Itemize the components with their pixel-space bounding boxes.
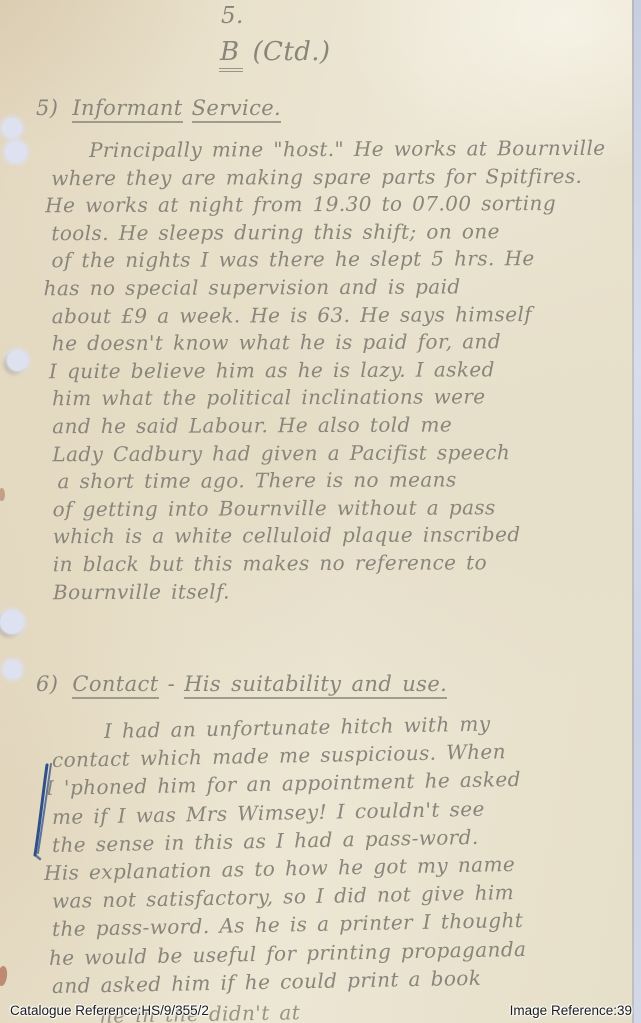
heading-separator: - bbox=[168, 672, 176, 696]
heading-rest: His suitability and use. bbox=[184, 672, 447, 699]
heading-word: Informant bbox=[72, 96, 182, 123]
edge-stain bbox=[0, 965, 8, 986]
handwritten-paragraph: Principally mine "host." He works at Bou… bbox=[35, 135, 625, 607]
handwriting-line: where they are making spare parts for Sp… bbox=[51, 162, 623, 192]
section-contact: 6)Contact-His suitability and use. I had… bbox=[36, 672, 621, 1000]
handwriting-line: a short time ago. There is no means bbox=[57, 466, 624, 496]
handwriting-line: in black but this makes no reference to bbox=[53, 549, 625, 579]
section-number: 5) bbox=[36, 96, 58, 120]
handwriting-line: tools. He sleeps during this shift; on o… bbox=[51, 217, 623, 247]
section-heading: 5)InformantService. bbox=[36, 96, 621, 123]
punch-hole bbox=[0, 610, 24, 634]
punch-hole bbox=[7, 350, 28, 371]
handwriting-line: of the nights I was there he slept 5 hrs… bbox=[51, 245, 623, 275]
scanner-edge-strip bbox=[632, 0, 641, 1023]
reference-footer: Catalogue Reference:HS/9/355/2 Image Ref… bbox=[0, 1003, 641, 1018]
section-letter: B bbox=[219, 37, 243, 72]
handwriting-line: has no special supervision and is paid bbox=[44, 273, 624, 303]
handwriting-line: and he said Labour. He also told me bbox=[52, 411, 624, 441]
handwriting-line: of getting into Bournville without a pas… bbox=[53, 493, 625, 523]
image-reference: Image Reference:39 bbox=[510, 1003, 632, 1018]
punch-hole bbox=[3, 660, 22, 679]
handwriting-line: He works at night from 19.30 to 07.00 so… bbox=[45, 190, 623, 220]
handwriting-line: Bournville itself. bbox=[53, 576, 625, 606]
handwriting-line: I quite believe him as he is lazy. I ask… bbox=[49, 355, 624, 385]
section-informant-service: 5)InformantService. Principally mine "ho… bbox=[36, 96, 621, 605]
handwriting-line: he doesn't know what he is paid for, and bbox=[52, 328, 624, 358]
handwriting-line: him what the political inclinations were bbox=[52, 383, 624, 413]
handwriting-line: Lady Cadbury had given a Pacifist speech bbox=[52, 438, 624, 468]
heading-word: Contact bbox=[72, 672, 158, 699]
heading-rest: Service. bbox=[192, 96, 282, 123]
scanned-document-page: 5. B(Ctd.) 5)InformantService. Principal… bbox=[0, 0, 641, 1023]
page-number: 5. bbox=[221, 3, 244, 29]
edge-stain bbox=[0, 488, 5, 501]
continuation-heading: B(Ctd.) bbox=[219, 37, 330, 72]
catalogue-reference: Catalogue Reference:HS/9/355/2 bbox=[10, 1003, 209, 1018]
continued-label: (Ctd.) bbox=[253, 37, 331, 67]
handwriting-line: which is a white celluloid plaque inscri… bbox=[53, 521, 625, 551]
handwriting-line: Principally mine "host." He works at Bou… bbox=[51, 135, 623, 165]
section-heading: 6)Contact-His suitability and use. bbox=[36, 672, 621, 699]
punch-hole bbox=[2, 118, 22, 138]
handwritten-paragraph: I had an unfortunate hitch with mycontac… bbox=[36, 718, 624, 1000]
handwriting-line: about £9 a week. He is 63. He says himse… bbox=[52, 300, 624, 330]
section-number: 6) bbox=[36, 672, 58, 696]
punch-hole bbox=[5, 141, 27, 163]
